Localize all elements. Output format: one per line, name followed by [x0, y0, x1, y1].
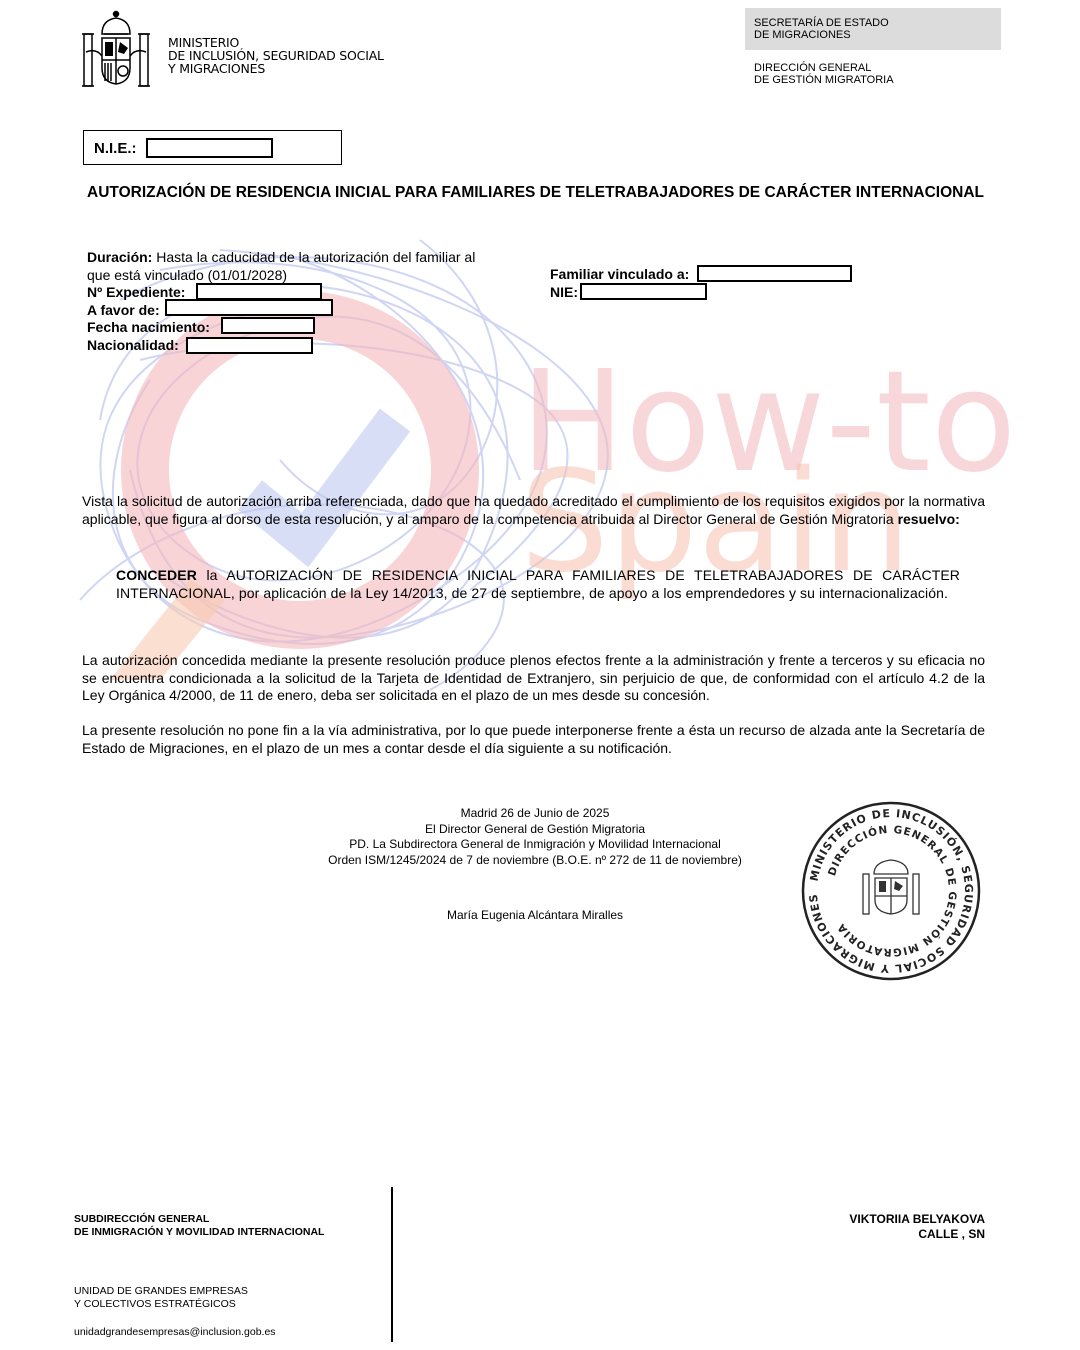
ministry-name: MINISTERIO DE INCLUSIÓN, SEGURIDAD SOCIA… — [168, 36, 384, 75]
duracion-row: Duración: Hasta la caducidad de la autor… — [87, 249, 527, 267]
direccion-line: DE GESTIÓN MIGRATORIA — [754, 74, 894, 86]
duracion-value-cont: que está vinculado (01/01/2028) — [87, 267, 527, 285]
footer-unidad: UNIDAD DE GRANDES EMPRESAS Y COLECTIVOS … — [74, 1285, 248, 1310]
resolution-grant: CONCEDER la AUTORIZACIÓN DE RESIDENCIA I… — [116, 567, 960, 602]
footer-divider — [391, 1187, 393, 1342]
signature-line: El Director General de Gestión Migratori… — [290, 822, 780, 838]
footer-sub-line: SUBDIRECCIÓN GENERAL — [74, 1213, 324, 1226]
duracion-value: Hasta la caducidad de la autorización de… — [152, 249, 475, 265]
nacionalidad-label: Nacionalidad: — [87, 337, 179, 353]
secretaria-line: SECRETARÍA DE ESTADO — [754, 17, 992, 29]
resuelvo-label: resuelvo: — [898, 511, 960, 527]
expediente-redacted-field — [196, 283, 322, 300]
resolution-effects: La autorización concedida mediante la pr… — [82, 652, 985, 705]
conceder-label: CONCEDER — [116, 567, 197, 583]
resolution-intro: Vista la solicitud de autorización arrib… — [82, 493, 985, 528]
secretaria-line: DE MIGRACIONES — [754, 29, 992, 41]
resolution-appeal: La presente resolución no pone fin a la … — [82, 722, 985, 757]
grant-text: la AUTORIZACIÓN DE RESIDENCIA INICIAL PA… — [116, 567, 960, 601]
footer-sub-line: DE INMIGRACIÓN Y MOVILIDAD INTERNACIONAL — [74, 1226, 324, 1239]
familiar-nie-redacted-field — [580, 283, 707, 300]
expediente-label: Nº Expediente: — [87, 284, 185, 300]
familiar-vinculado-redacted-field — [697, 265, 852, 282]
signature-line: PD. La Subdirectora General de Inmigraci… — [290, 837, 780, 853]
intro-text: Vista la solicitud de autorización arrib… — [82, 493, 985, 527]
a-favor-label: A favor de: — [87, 302, 160, 318]
ministry-line: Y MIGRACIONES — [168, 62, 384, 75]
spanish-coat-of-arms-icon — [80, 8, 152, 90]
nie-label: N.I.E.: — [94, 140, 137, 157]
footer-unit-line: UNIDAD DE GRANDES EMPRESAS — [74, 1285, 248, 1298]
fecha-nacimiento-label: Fecha nacimiento: — [87, 319, 210, 335]
recipient-address: CALLE , SN — [780, 1227, 985, 1242]
signature-date: Madrid 26 de Junio de 2025 — [290, 806, 780, 822]
direccion-general: DIRECCIÓN GENERAL DE GESTIÓN MIGRATORIA — [754, 62, 894, 86]
familiar-vinculado-label: Familiar vinculado a: — [550, 266, 689, 284]
recipient-name: VIKTORIIA BELYAKOVA — [780, 1212, 985, 1227]
document-title: AUTORIZACIÓN DE RESIDENCIA INICIAL PARA … — [87, 183, 987, 202]
signature-block: Madrid 26 de Junio de 2025 El Director G… — [290, 806, 780, 868]
footer-subdireccion: SUBDIRECCIÓN GENERAL DE INMIGRACIÓN Y MO… — [74, 1213, 324, 1238]
secretaria-box: SECRETARÍA DE ESTADO DE MIGRACIONES — [745, 8, 1001, 50]
svg-text:How-to: How-to — [520, 341, 1017, 504]
direccion-line: DIRECCIÓN GENERAL — [754, 62, 894, 74]
duracion-label: Duración: — [87, 249, 152, 265]
fecha-nacimiento-redacted-field — [221, 317, 315, 334]
signature-line: Orden ISM/1245/2024 de 7 de noviembre (B… — [290, 853, 780, 869]
a-favor-redacted-field — [165, 299, 333, 316]
nacionalidad-redacted-field — [186, 337, 313, 354]
footer-email: unidadgrandesempresas@inclusion.gob.es — [74, 1326, 276, 1338]
footer-unit-line: Y COLECTIVOS ESTRATÉGICOS — [74, 1298, 248, 1311]
nie-redacted-field — [146, 138, 273, 158]
recipient-block: VIKTORIIA BELYAKOVA CALLE , SN — [780, 1212, 985, 1242]
signer-name: María Eugenia Alcántara Miralles — [290, 908, 780, 922]
official-seal-icon: MINISTERIO DE INCLUSIÓN, SEGURIDAD SOCIA… — [800, 800, 982, 982]
